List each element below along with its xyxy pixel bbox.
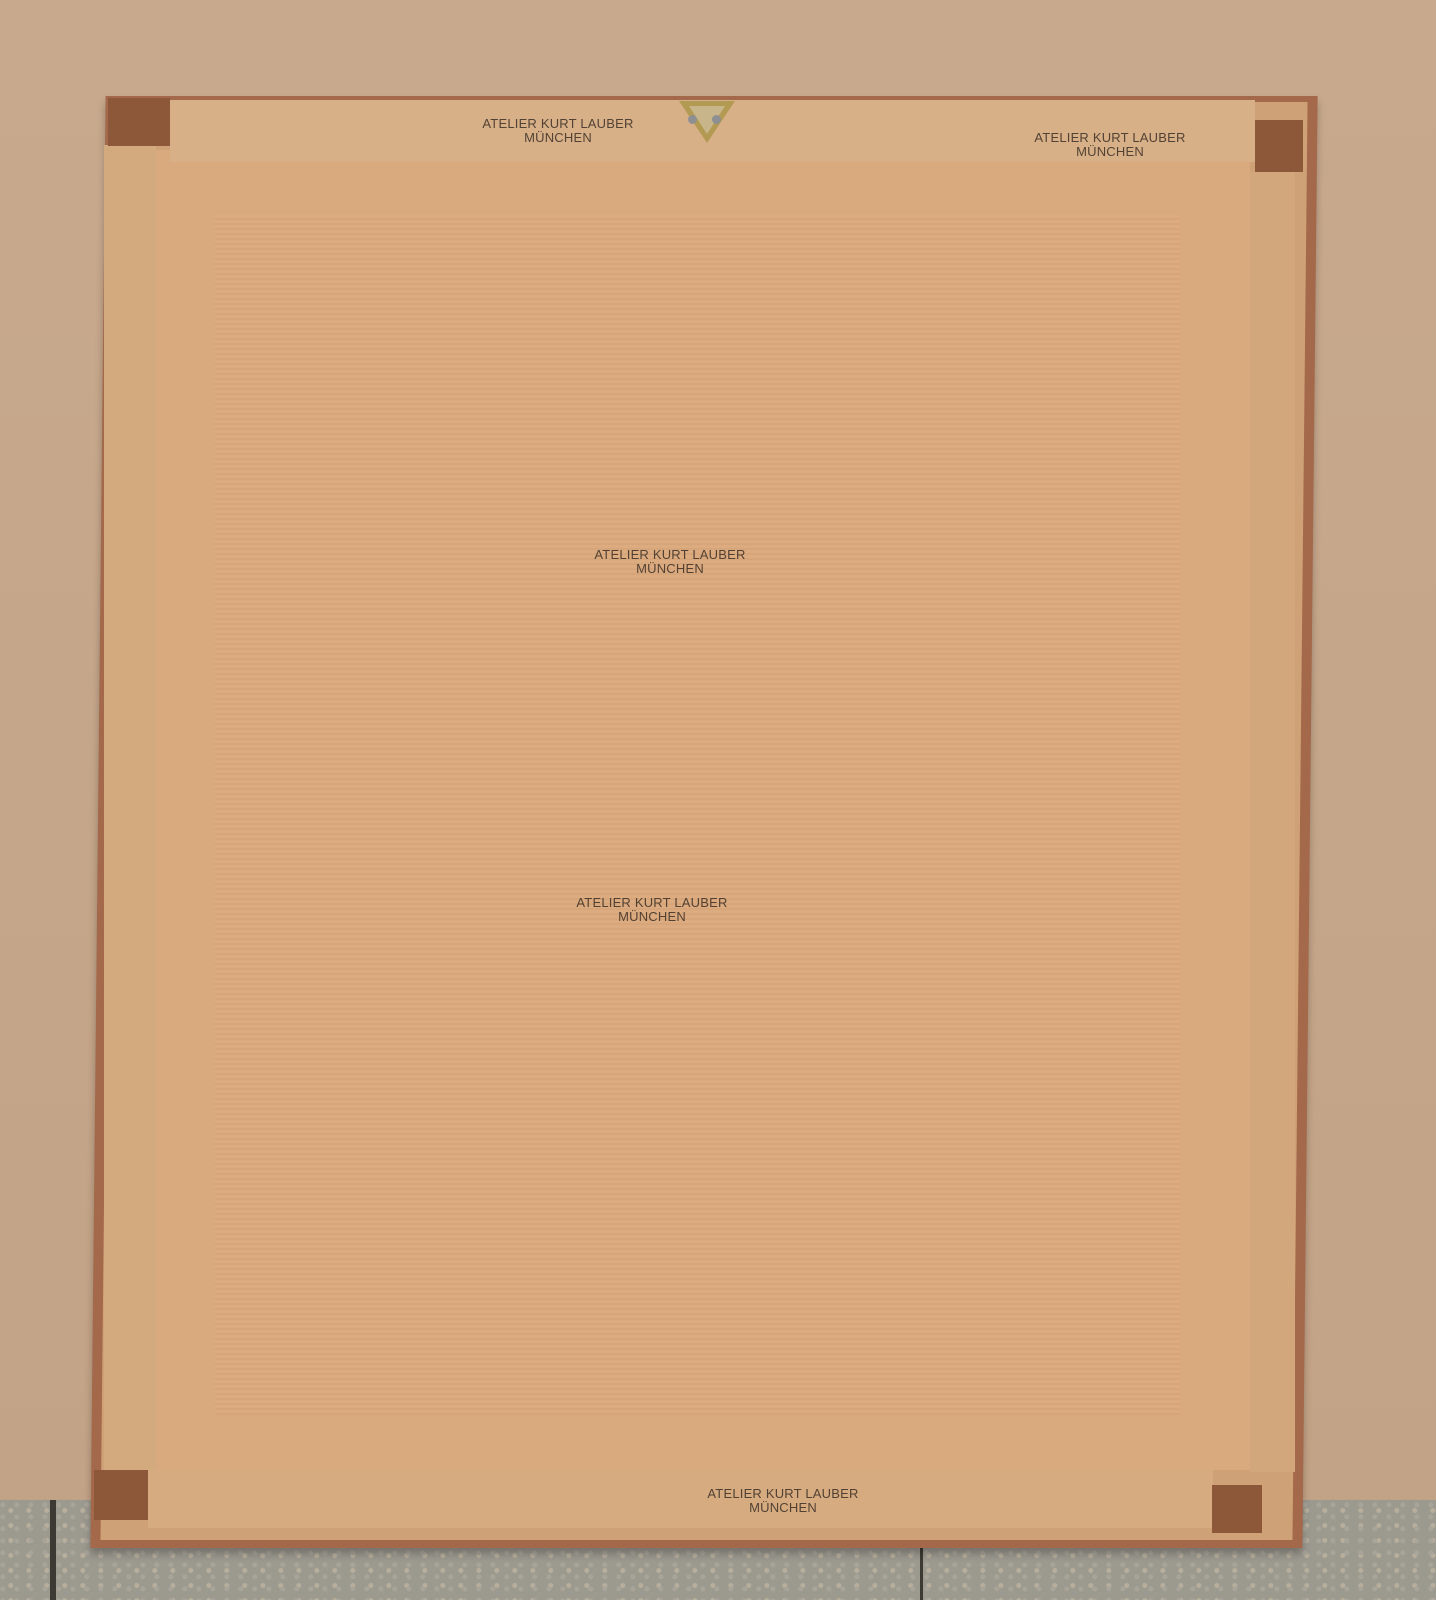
nail-icon — [688, 115, 697, 124]
tape-bottom — [148, 1470, 1213, 1528]
stamp-center-upper: ATELIER KURT LAUBERMÜNCHEN — [590, 548, 750, 576]
pavement-crack — [50, 1500, 56, 1600]
nail-icon — [712, 115, 721, 124]
frame-corner-bottom-left — [94, 1470, 148, 1520]
stamp-top-right: ATELIER KURT LAUBERMÜNCHEN — [1030, 131, 1190, 159]
kraft-paper-center — [215, 215, 1180, 1415]
frame-corner-top-right — [1255, 120, 1303, 172]
stamp-bottom: ATELIER KURT LAUBERMÜNCHEN — [703, 1487, 863, 1515]
stamp-center-lower: ATELIER KURT LAUBERMÜNCHEN — [572, 896, 732, 924]
stamp-top-left: ATELIER KURT LAUBERMÜNCHEN — [478, 117, 638, 145]
frame-corner-bottom-right — [1212, 1485, 1262, 1533]
tape-left — [104, 145, 156, 1470]
tape-right — [1250, 172, 1295, 1472]
frame-corner-top-left — [108, 98, 170, 146]
